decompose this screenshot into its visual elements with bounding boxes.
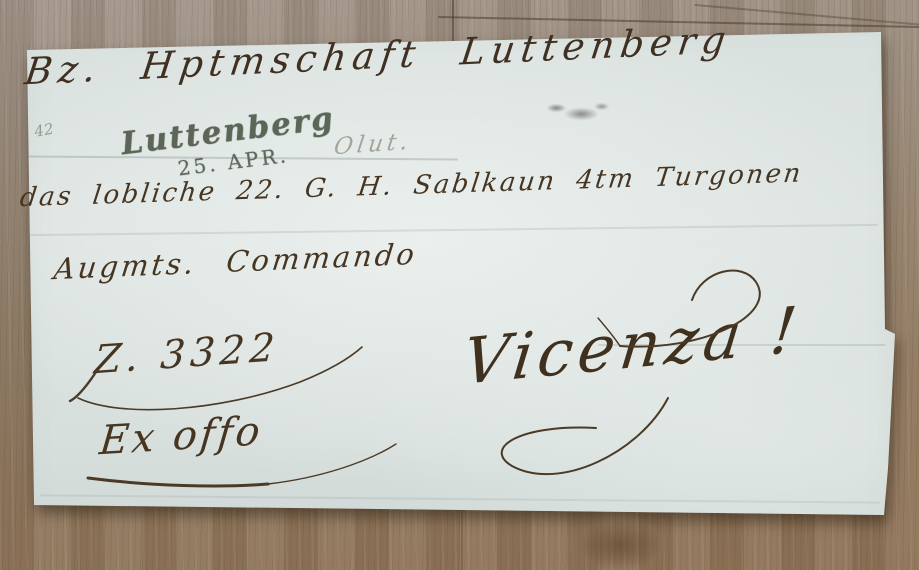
pencil-note: 42 (33, 120, 55, 141)
ink-smudge (533, 96, 611, 126)
letter-photograph: Bz. Hptmschaft Luttenberg Luttenberg 25.… (0, 0, 919, 570)
